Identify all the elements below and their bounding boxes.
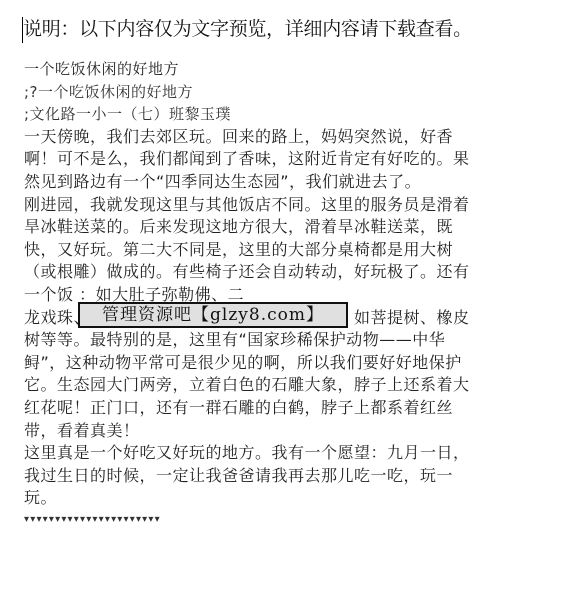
paragraph-line: 树等等。最特别的是，这里有“国家珍稀保护动物——中华	[24, 329, 564, 352]
article-body: 一个吃饭休闲的好地方 ;?一个吃饭休闲的好地方 ;文化路一小一（七）班黎玉璞 一…	[24, 58, 564, 526]
paragraph-line: 刚进园，我就发现这里与其他饭店不同。这里的服务员是滑着	[24, 194, 564, 217]
truncation-dots: ▾▾▾▾▾▾▾▾▾▾▾▾▾▾▾▾▾▾▾▾▾▾	[24, 514, 564, 526]
paragraph-line: 旱冰鞋送菜的。后来发现这地方很大，滑着旱冰鞋送菜，既	[24, 216, 564, 239]
article-title: 一个吃饭休闲的好地方	[24, 58, 564, 81]
article-author: ;文化路一小一（七）班黎玉璞	[24, 103, 564, 126]
paragraph-line: 一天傍晚，我们去郊区玩。回来的路上，妈妈突然说，好香	[24, 126, 564, 149]
paragraph-line: 鲟”，这种动物平常可是很少见的啊，所以我们要好好地保护	[24, 352, 564, 375]
paragraph-line: 啊！可不是么，我们都闻到了香味，这附近肯定有好吃的。果	[24, 148, 564, 171]
preview-notice: 说明：以下内容仅为文字预览，详细内容请下载查看。	[23, 16, 472, 42]
paragraph-line: 带，看着真美！	[24, 420, 564, 443]
watermark-banner: 管理资源吧【glzy8.com】	[78, 302, 348, 328]
paragraph-line: 红花呢！正门口，还有一群石雕的白鹤，脖子上都系着红丝	[24, 397, 564, 420]
paragraph-line: 玩。	[24, 487, 564, 510]
paragraph-line: 我过生日的时候，一定让我爸爸请我再去那儿吃一吃，玩一	[24, 465, 564, 488]
paragraph-line: 它。生态园大门两旁，立着白色的石雕大象，脖子上还系着大	[24, 374, 564, 397]
paragraph-line: （或根雕）做成的。有些椅子还会自动转动，好玩极了。还有	[24, 261, 564, 284]
paragraph-line: 快，又好玩。第二大不同是，这里的大部分桌椅都是用大树	[24, 239, 564, 262]
article-subtitle: ;?一个吃饭休闲的好地方	[24, 81, 564, 104]
paragraph-line: 然见到路边有一个“四季同达生态园”，我们就进去了。	[24, 171, 564, 194]
paragraph-line: 这里真是一个好吃又好玩的地方。我有一个愿望：九月一日，	[24, 442, 564, 465]
